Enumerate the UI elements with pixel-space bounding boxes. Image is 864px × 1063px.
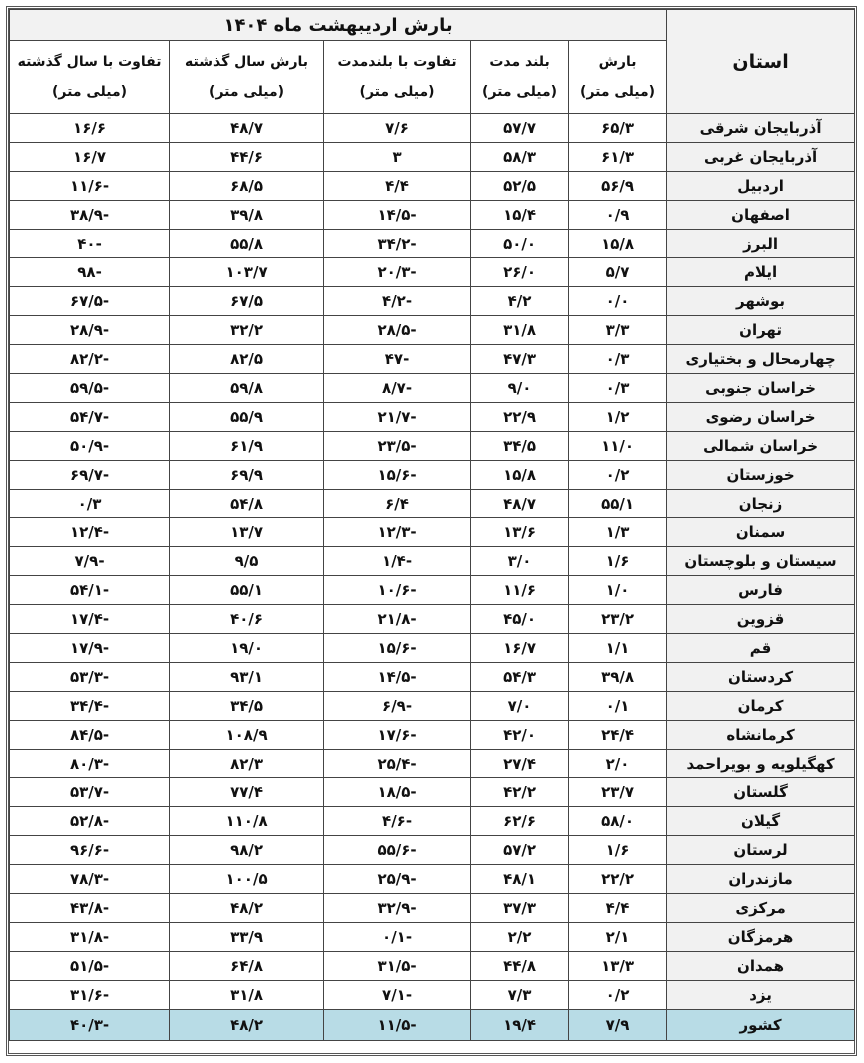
cell-diff-longterm: -۲۵/۹ — [324, 865, 471, 894]
cell-diff-longterm: -۲۸/۵ — [324, 316, 471, 345]
cell-diff-longterm: -۲۰/۳ — [324, 258, 471, 287]
column-unit: (میلی متر) — [324, 77, 470, 107]
province-name: مرکزی — [667, 894, 855, 923]
cell-precip: ۰/۹ — [569, 200, 667, 229]
cell-longterm: ۱۱/۶ — [471, 576, 569, 605]
cell-precip: ۲۲/۲ — [569, 865, 667, 894]
province-name: قزوین — [667, 605, 855, 634]
cell-last-year: ۵۵/۸ — [170, 229, 324, 258]
cell-last-year: ۴۰/۶ — [170, 605, 324, 634]
province-name: خراسان جنوبی — [667, 374, 855, 403]
province-name: هرمزگان — [667, 922, 855, 951]
cell-last-year: ۶۱/۹ — [170, 431, 324, 460]
cell-diff-last-year: -۵۴/۷ — [10, 402, 170, 431]
cell-precip: ۶۵/۳ — [569, 114, 667, 143]
cell-longterm: ۱۶/۷ — [471, 634, 569, 663]
cell-diff-last-year: -۱۷/۴ — [10, 605, 170, 634]
cell-precip: ۱/۶ — [569, 547, 667, 576]
cell-diff-longterm: ۳ — [324, 142, 471, 171]
cell-last-year: ۶۹/۹ — [170, 460, 324, 489]
cell-last-year: ۶۸/۵ — [170, 171, 324, 200]
cell-diff-longterm: -۱۷/۶ — [324, 720, 471, 749]
cell-diff-longterm: -۳۴/۲ — [324, 229, 471, 258]
province-name: اردبیل — [667, 171, 855, 200]
column-unit: (میلی متر) — [471, 77, 568, 107]
province-name: ایلام — [667, 258, 855, 287]
province-name: بوشهر — [667, 287, 855, 316]
table-row: خراسان شمالی۱۱/۰۳۴/۵-۲۳/۵۶۱/۹-۵۰/۹ — [10, 431, 855, 460]
table-row: خراسان جنوبی۰/۳۹/۰-۸/۷۵۹/۸-۵۹/۵ — [10, 374, 855, 403]
cell-diff-longterm: -۱۴/۵ — [324, 200, 471, 229]
cell-diff-last-year: -۵۲/۸ — [10, 807, 170, 836]
column-unit: (میلی متر) — [170, 77, 323, 107]
cell-last-year: ۵۵/۱ — [170, 576, 324, 605]
cell-last-year: ۷۷/۴ — [170, 778, 324, 807]
cell-last-year: ۸۲/۵ — [170, 345, 324, 374]
cell-diff-last-year: ۰/۳ — [10, 489, 170, 518]
cell-diff-last-year: ۱۶/۶ — [10, 114, 170, 143]
cell-longterm: ۷/۰ — [471, 691, 569, 720]
table-title: بارش اردیبهشت ماه ۱۴۰۴ — [10, 10, 667, 41]
cell-longterm: ۶۲/۶ — [471, 807, 569, 836]
table-row: البرز۱۵/۸۵۰/۰-۳۴/۲۵۵/۸-۴۰ — [10, 229, 855, 258]
cell-last-year: ۹۳/۱ — [170, 662, 324, 691]
cell-last-year: ۳۳/۹ — [170, 922, 324, 951]
cell-diff-last-year: -۱۷/۹ — [10, 634, 170, 663]
cell-longterm: ۴/۲ — [471, 287, 569, 316]
cell-diff-last-year: -۳۱/۶ — [10, 980, 170, 1009]
cell-diff-longterm: -۲۱/۸ — [324, 605, 471, 634]
cell-longterm: ۵۷/۲ — [471, 836, 569, 865]
cell-diff-last-year: -۸۰/۳ — [10, 749, 170, 778]
cell-precip: ۱۳/۳ — [569, 951, 667, 980]
cell-diff-last-year: -۴۰ — [10, 229, 170, 258]
province-header: استان — [667, 10, 855, 114]
column-header: تفاوت با سال گذشته(میلی متر) — [10, 41, 170, 114]
cell-diff-longterm: -۴۷ — [324, 345, 471, 374]
table-row: خوزستان۰/۲۱۵/۸-۱۵/۶۶۹/۹-۶۹/۷ — [10, 460, 855, 489]
province-name: سمنان — [667, 518, 855, 547]
cell-diff-last-year: -۵۰/۹ — [10, 431, 170, 460]
province-name: یزد — [667, 980, 855, 1009]
cell-diff-last-year: -۱۲/۴ — [10, 518, 170, 547]
table-row: اردبیل۵۶/۹۵۲/۵۴/۴۶۸/۵-۱۱/۶ — [10, 171, 855, 200]
cell-diff-last-year: -۵۹/۵ — [10, 374, 170, 403]
column-label: بلند مدت — [471, 47, 568, 77]
table-row: لرستان۱/۶۵۷/۲-۵۵/۶۹۸/۲-۹۶/۶ — [10, 836, 855, 865]
cell-diff-last-year: -۸۴/۵ — [10, 720, 170, 749]
cell-precip: ۰/۳ — [569, 374, 667, 403]
cell-diff-last-year: -۴۳/۸ — [10, 894, 170, 923]
cell-precip: ۱/۳ — [569, 518, 667, 547]
cell-last-year: ۱۹/۰ — [170, 634, 324, 663]
cell-precip: ۳۹/۸ — [569, 662, 667, 691]
cell-diff-longterm: -۱۰/۶ — [324, 576, 471, 605]
cell-last-year: ۵۹/۸ — [170, 374, 324, 403]
province-name: قم — [667, 634, 855, 663]
table-row: زنجان۵۵/۱۴۸/۷۶/۴۵۴/۸۰/۳ — [10, 489, 855, 518]
table-row: تهران۳/۳۳۱/۸-۲۸/۵۳۲/۲-۲۸/۹ — [10, 316, 855, 345]
cell-longterm: ۲/۲ — [471, 922, 569, 951]
table-row: فارس۱/۰۱۱/۶-۱۰/۶۵۵/۱-۵۴/۱ — [10, 576, 855, 605]
province-name: خوزستان — [667, 460, 855, 489]
cell-longterm: ۴۴/۸ — [471, 951, 569, 980]
cell-diff-longterm: -۳۱/۵ — [324, 951, 471, 980]
cell-diff-last-year: -۶۷/۵ — [10, 287, 170, 316]
cell-diff-last-year: -۹۸ — [10, 258, 170, 287]
table-row: قزوین۲۳/۲۴۵/۰-۲۱/۸۴۰/۶-۱۷/۴ — [10, 605, 855, 634]
cell-precip: ۱/۱ — [569, 634, 667, 663]
cell-diff-longterm: -۸/۷ — [324, 374, 471, 403]
cell-diff-longterm: -۲۳/۵ — [324, 431, 471, 460]
column-header: بارش(میلی متر) — [569, 41, 667, 114]
cell-diff-last-year: -۳۱/۸ — [10, 922, 170, 951]
table-row: سمنان۱/۳۱۳/۶-۱۲/۳۱۳/۷-۱۲/۴ — [10, 518, 855, 547]
cell-last-year: ۳۲/۲ — [170, 316, 324, 345]
cell-longterm: ۱۳/۶ — [471, 518, 569, 547]
province-name: گیلان — [667, 807, 855, 836]
province-name: لرستان — [667, 836, 855, 865]
cell-diff-last-year: -۵۳/۷ — [10, 778, 170, 807]
cell-last-year: ۳۹/۸ — [170, 200, 324, 229]
cell-longterm: ۲۷/۴ — [471, 749, 569, 778]
cell-precip: ۲/۰ — [569, 749, 667, 778]
table-row: کردستان۳۹/۸۵۴/۳-۱۴/۵۹۳/۱-۵۳/۳ — [10, 662, 855, 691]
cell-precip: ۲۳/۲ — [569, 605, 667, 634]
cell-precip: ۲۳/۷ — [569, 778, 667, 807]
cell-diff-longterm: -۱۱/۵ — [324, 1009, 471, 1040]
cell-diff-longterm: -۱۴/۵ — [324, 662, 471, 691]
cell-precip: ۷/۹ — [569, 1009, 667, 1040]
province-name: آذربایجان شرقی — [667, 114, 855, 143]
cell-precip: ۴/۴ — [569, 894, 667, 923]
cell-precip: ۰/۰ — [569, 287, 667, 316]
column-label: بارش — [569, 47, 666, 77]
cell-diff-last-year: -۵۴/۱ — [10, 576, 170, 605]
table-row: مازندران۲۲/۲۴۸/۱-۲۵/۹۱۰۰/۵-۷۸/۳ — [10, 865, 855, 894]
province-name: گلستان — [667, 778, 855, 807]
province-name: خراسان شمالی — [667, 431, 855, 460]
cell-last-year: ۱۱۰/۸ — [170, 807, 324, 836]
column-header: بلند مدت(میلی متر) — [471, 41, 569, 114]
cell-diff-last-year: -۲۸/۹ — [10, 316, 170, 345]
cell-diff-last-year: -۳۸/۹ — [10, 200, 170, 229]
cell-diff-longterm: -۳۲/۹ — [324, 894, 471, 923]
province-name: همدان — [667, 951, 855, 980]
cell-longterm: ۷/۳ — [471, 980, 569, 1009]
precipitation-table: استان بارش اردیبهشت ماه ۱۴۰۴ بارش(میلی م… — [9, 9, 855, 1041]
province-name: آذربایجان غربی — [667, 142, 855, 171]
column-label: تفاوت با سال گذشته — [10, 47, 169, 77]
cell-precip: ۰/۱ — [569, 691, 667, 720]
table-row: سیستان و بلوچستان۱/۶۳/۰-۱/۴۹/۵-۷/۹ — [10, 547, 855, 576]
table-row: قم۱/۱۱۶/۷-۱۵/۶۱۹/۰-۱۷/۹ — [10, 634, 855, 663]
column-unit: (میلی متر) — [10, 77, 169, 107]
column-header: بارش سال گذشته(میلی متر) — [170, 41, 324, 114]
cell-longterm: ۵۰/۰ — [471, 229, 569, 258]
cell-last-year: ۹۸/۲ — [170, 836, 324, 865]
province-name: چهارمحال و بختیاری — [667, 345, 855, 374]
cell-longterm: ۳۷/۳ — [471, 894, 569, 923]
column-unit: (میلی متر) — [569, 77, 666, 107]
province-name: اصفهان — [667, 200, 855, 229]
table-row: خراسان رضوی۱/۲۲۲/۹-۲۱/۷۵۵/۹-۵۴/۷ — [10, 402, 855, 431]
cell-diff-last-year: -۷۸/۳ — [10, 865, 170, 894]
cell-longterm: ۳/۰ — [471, 547, 569, 576]
column-header: تفاوت با بلندمدت(میلی متر) — [324, 41, 471, 114]
province-name: فارس — [667, 576, 855, 605]
province-name: کهگیلویه و بویراحمد — [667, 749, 855, 778]
cell-diff-last-year: -۴۰/۳ — [10, 1009, 170, 1040]
cell-precip: ۵۸/۰ — [569, 807, 667, 836]
cell-last-year: ۳۴/۵ — [170, 691, 324, 720]
cell-diff-last-year: -۸۲/۲ — [10, 345, 170, 374]
cell-last-year: ۱۳/۷ — [170, 518, 324, 547]
province-name: سیستان و بلوچستان — [667, 547, 855, 576]
province-name: تهران — [667, 316, 855, 345]
province-name: البرز — [667, 229, 855, 258]
cell-diff-longterm: -۱۸/۵ — [324, 778, 471, 807]
cell-diff-longterm: -۱/۴ — [324, 547, 471, 576]
column-label: تفاوت با بلندمدت — [324, 47, 470, 77]
cell-precip: ۲/۱ — [569, 922, 667, 951]
table-row: چهارمحال و بختیاری۰/۳۴۷/۳-۴۷۸۲/۵-۸۲/۲ — [10, 345, 855, 374]
cell-longterm: ۲۶/۰ — [471, 258, 569, 287]
cell-longterm: ۹/۰ — [471, 374, 569, 403]
cell-precip: ۱/۰ — [569, 576, 667, 605]
table-row: کهگیلویه و بویراحمد۲/۰۲۷/۴-۲۵/۴۸۲/۳-۸۰/۳ — [10, 749, 855, 778]
table-row: گیلان۵۸/۰۶۲/۶-۴/۶۱۱۰/۸-۵۲/۸ — [10, 807, 855, 836]
cell-precip: ۵۵/۱ — [569, 489, 667, 518]
cell-last-year: ۹/۵ — [170, 547, 324, 576]
table-row: هرمزگان۲/۱۲/۲-۰/۱۳۳/۹-۳۱/۸ — [10, 922, 855, 951]
cell-longterm: ۵۴/۳ — [471, 662, 569, 691]
column-label: بارش سال گذشته — [170, 47, 323, 77]
cell-precip: ۳/۳ — [569, 316, 667, 345]
cell-last-year: ۶۴/۸ — [170, 951, 324, 980]
cell-diff-longterm: -۰/۱ — [324, 922, 471, 951]
cell-diff-last-year: -۱۱/۶ — [10, 171, 170, 200]
cell-diff-last-year: -۵۳/۳ — [10, 662, 170, 691]
table-row: اصفهان۰/۹۱۵/۴-۱۴/۵۳۹/۸-۳۸/۹ — [10, 200, 855, 229]
cell-diff-last-year: ۱۶/۷ — [10, 142, 170, 171]
cell-last-year: ۵۴/۸ — [170, 489, 324, 518]
cell-longterm: ۲۲/۹ — [471, 402, 569, 431]
cell-diff-longterm: -۱۵/۶ — [324, 634, 471, 663]
cell-last-year: ۶۷/۵ — [170, 287, 324, 316]
table-row: آذربایجان شرقی۶۵/۳۵۷/۷۷/۶۴۸/۷۱۶/۶ — [10, 114, 855, 143]
table-row: کرمان۰/۱۷/۰-۶/۹۳۴/۵-۳۴/۴ — [10, 691, 855, 720]
cell-diff-longterm: ۷/۶ — [324, 114, 471, 143]
table-row: گلستان۲۳/۷۴۲/۲-۱۸/۵۷۷/۴-۵۳/۷ — [10, 778, 855, 807]
cell-precip: ۰/۳ — [569, 345, 667, 374]
cell-precip: ۱/۶ — [569, 836, 667, 865]
cell-last-year: ۴۸/۷ — [170, 114, 324, 143]
cell-precip: ۱۱/۰ — [569, 431, 667, 460]
cell-diff-last-year: -۵۱/۵ — [10, 951, 170, 980]
cell-diff-longterm: -۲۱/۷ — [324, 402, 471, 431]
total-row: کشور۷/۹۱۹/۴-۱۱/۵۴۸/۲-۴۰/۳ — [10, 1009, 855, 1040]
cell-longterm: ۴۲/۰ — [471, 720, 569, 749]
cell-longterm: ۴۵/۰ — [471, 605, 569, 634]
cell-precip: ۱۵/۸ — [569, 229, 667, 258]
cell-diff-longterm: -۴/۶ — [324, 807, 471, 836]
cell-last-year: ۱۰۳/۷ — [170, 258, 324, 287]
cell-precip: ۵۶/۹ — [569, 171, 667, 200]
province-name: کردستان — [667, 662, 855, 691]
cell-last-year: ۴۴/۶ — [170, 142, 324, 171]
cell-longterm: ۱۵/۴ — [471, 200, 569, 229]
cell-precip: ۲۴/۴ — [569, 720, 667, 749]
cell-longterm: ۵۷/۷ — [471, 114, 569, 143]
table-row: بوشهر۰/۰۴/۲-۴/۲۶۷/۵-۶۷/۵ — [10, 287, 855, 316]
province-name: مازندران — [667, 865, 855, 894]
cell-precip: ۰/۲ — [569, 980, 667, 1009]
cell-precip: ۶۱/۳ — [569, 142, 667, 171]
cell-longterm: ۴۲/۲ — [471, 778, 569, 807]
cell-last-year: ۱۰۸/۹ — [170, 720, 324, 749]
cell-longterm: ۱۵/۸ — [471, 460, 569, 489]
cell-diff-longterm: -۶/۹ — [324, 691, 471, 720]
cell-last-year: ۸۲/۳ — [170, 749, 324, 778]
cell-diff-longterm: -۵۵/۶ — [324, 836, 471, 865]
cell-diff-last-year: -۹۶/۶ — [10, 836, 170, 865]
cell-diff-last-year: -۳۴/۴ — [10, 691, 170, 720]
cell-last-year: ۱۰۰/۵ — [170, 865, 324, 894]
cell-longterm: ۴۸/۷ — [471, 489, 569, 518]
cell-diff-longterm: ۴/۴ — [324, 171, 471, 200]
cell-last-year: ۴۸/۲ — [170, 1009, 324, 1040]
cell-precip: ۰/۲ — [569, 460, 667, 489]
cell-diff-longterm: -۴/۲ — [324, 287, 471, 316]
province-name: کشور — [667, 1009, 855, 1040]
cell-diff-longterm: -۱۲/۳ — [324, 518, 471, 547]
cell-longterm: ۴۷/۳ — [471, 345, 569, 374]
province-name: کرمان — [667, 691, 855, 720]
cell-longterm: ۵۸/۳ — [471, 142, 569, 171]
cell-diff-longterm: -۲۵/۴ — [324, 749, 471, 778]
cell-last-year: ۳۱/۸ — [170, 980, 324, 1009]
cell-longterm: ۴۸/۱ — [471, 865, 569, 894]
cell-last-year: ۵۵/۹ — [170, 402, 324, 431]
cell-longterm: ۳۱/۸ — [471, 316, 569, 345]
cell-longterm: ۳۴/۵ — [471, 431, 569, 460]
cell-last-year: ۴۸/۲ — [170, 894, 324, 923]
province-name: خراسان رضوی — [667, 402, 855, 431]
cell-longterm: ۱۹/۴ — [471, 1009, 569, 1040]
province-name: کرمانشاه — [667, 720, 855, 749]
table-row: همدان۱۳/۳۴۴/۸-۳۱/۵۶۴/۸-۵۱/۵ — [10, 951, 855, 980]
table-row: مرکزی۴/۴۳۷/۳-۳۲/۹۴۸/۲-۴۳/۸ — [10, 894, 855, 923]
province-name: زنجان — [667, 489, 855, 518]
cell-precip: ۵/۷ — [569, 258, 667, 287]
cell-diff-longterm: -۷/۱ — [324, 980, 471, 1009]
table-row: کرمانشاه۲۴/۴۴۲/۰-۱۷/۶۱۰۸/۹-۸۴/۵ — [10, 720, 855, 749]
cell-diff-longterm: -۱۵/۶ — [324, 460, 471, 489]
table-row: یزد۰/۲۷/۳-۷/۱۳۱/۸-۳۱/۶ — [10, 980, 855, 1009]
table-row: آذربایجان غربی۶۱/۳۵۸/۳۳۴۴/۶۱۶/۷ — [10, 142, 855, 171]
cell-diff-last-year: -۷/۹ — [10, 547, 170, 576]
cell-diff-longterm: ۶/۴ — [324, 489, 471, 518]
cell-diff-last-year: -۶۹/۷ — [10, 460, 170, 489]
cell-precip: ۱/۲ — [569, 402, 667, 431]
cell-longterm: ۵۲/۵ — [471, 171, 569, 200]
table-row: ایلام۵/۷۲۶/۰-۲۰/۳۱۰۳/۷-۹۸ — [10, 258, 855, 287]
